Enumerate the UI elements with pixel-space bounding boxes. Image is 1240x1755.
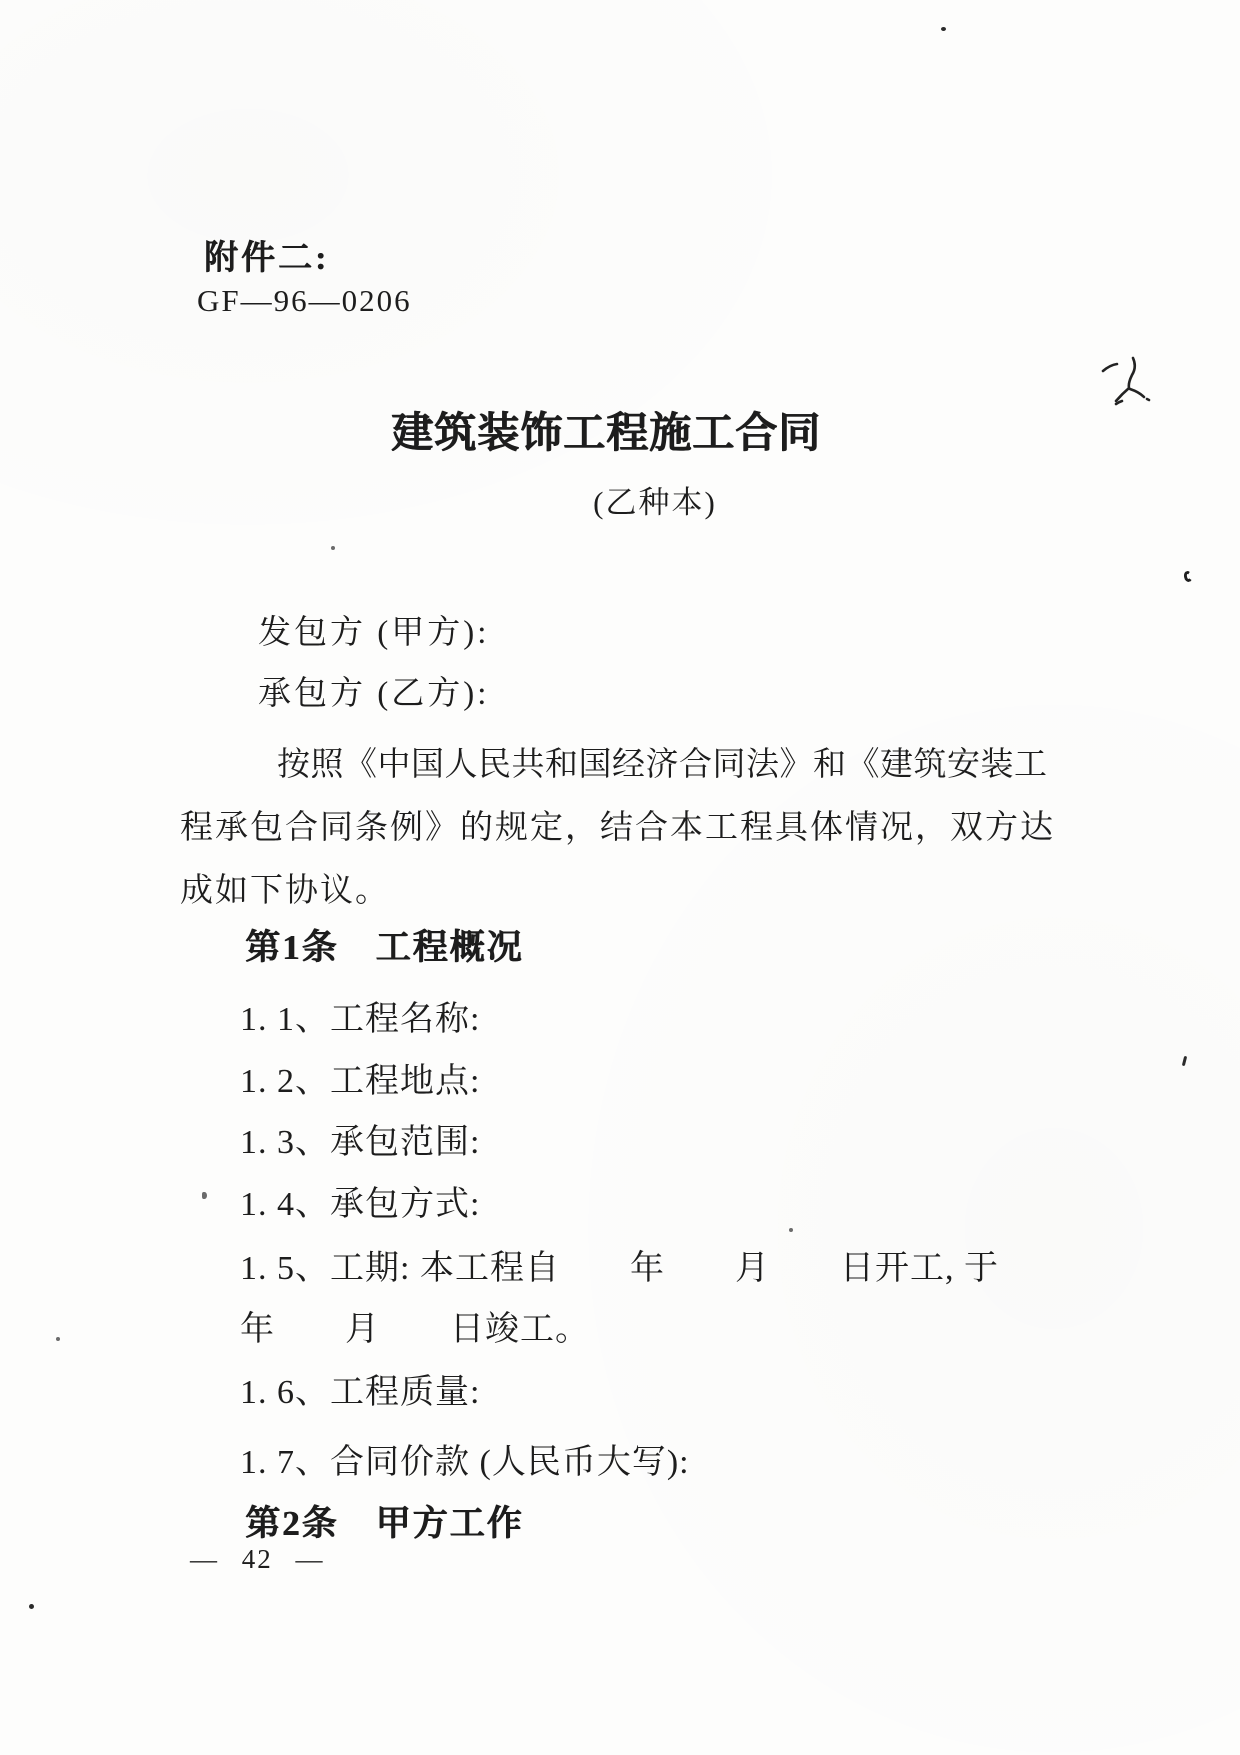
clause-line-1-5: 1. 5、工期: 本工程自 年 月 日开工, 于 <box>240 1240 999 1289</box>
scan-speck <box>1183 570 1193 582</box>
party-b-line: 承包方 (乙方): <box>258 667 489 714</box>
clause-line-1-6: 1. 6、工程质量: <box>240 1364 480 1413</box>
document-subtitle: (乙种本) <box>0 477 1240 522</box>
scan-speck <box>331 546 335 550</box>
party-a-line: 发包方 (甲方): <box>258 606 489 653</box>
scan-speck <box>56 1337 60 1341</box>
preamble-line: 按照《中国人民共和国经济合同法》和《建筑安装工 <box>277 738 1048 785</box>
scan-speck <box>29 1604 34 1609</box>
preamble-line: 成如下协议。 <box>180 864 390 911</box>
attachment-label: 附件二: <box>204 230 329 279</box>
scan-speck <box>1182 1056 1187 1066</box>
scan-speck <box>789 1228 793 1232</box>
clause-line-1-1: 1. 1、工程名称: <box>240 991 480 1040</box>
clause-line-1-4: 1. 4、承包方式: <box>240 1176 480 1225</box>
document-title: 建筑装饰工程施工合同 <box>0 400 1212 460</box>
document-number: GF—96—0206 <box>197 283 412 319</box>
clause-line-1-5-continued: 年 月 日竣工。 <box>240 1301 590 1350</box>
scan-speck <box>202 1192 207 1199</box>
clause-line-1-3: 1. 3、承包范围: <box>240 1114 480 1163</box>
section-2-heading: 第2条 甲方工作 <box>245 1496 524 1546</box>
page-number: — 42 — <box>190 1544 325 1575</box>
scan-speck <box>941 27 946 31</box>
handwritten-mark-icon <box>1096 348 1158 412</box>
clause-line-1-2: 1. 2、工程地点: <box>240 1053 480 1102</box>
preamble-line: 程承包合同条例》的规定，结合本工程具体情况，双方达 <box>180 801 1055 848</box>
section-1-heading: 第1条 工程概况 <box>245 920 524 970</box>
clause-line-1-7: 1. 7、合同价款 (人民币大写): <box>240 1434 690 1483</box>
scanned-contract-page: 附件二: GF—96—0206 建筑装饰工程施工合同 (乙种本) 发包方 (甲方… <box>0 0 1240 1755</box>
